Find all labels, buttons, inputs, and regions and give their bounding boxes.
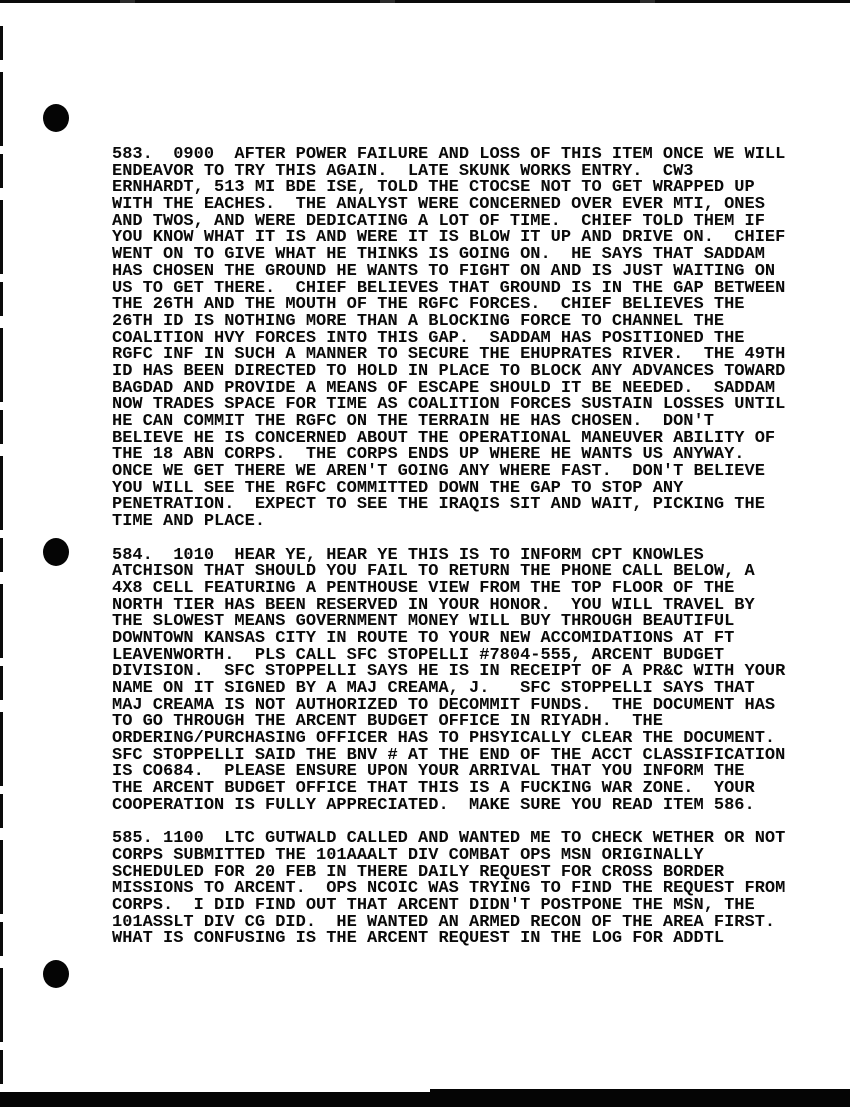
scanned-page: 583. 0900 AFTER POWER FAILURE AND LOSS O… — [0, 0, 850, 1107]
log-entry-584: 584. 1010 HEAR YE, HEAR YE THIS IS TO IN… — [112, 548, 802, 815]
log-entry-583: 583. 0900 AFTER POWER FAILURE AND LOSS O… — [112, 147, 802, 531]
scan-edge-bottom — [0, 1092, 850, 1107]
log-line: WHAT IS CONFUSING IS THE ARCENT REQUEST … — [112, 931, 802, 948]
log-line: HAS CHOSEN THE GROUND HE WANTS TO FIGHT … — [112, 264, 802, 281]
log-line: COOPERATION IS FULLY APPRECIATED. MAKE S… — [112, 798, 802, 815]
hole-punch-bottom — [43, 960, 69, 988]
scan-edge-top — [0, 0, 850, 3]
scan-edge-left — [0, 26, 3, 1094]
log-entry-585: 585. 1100 LTC GUTWALD CALLED AND WANTED … — [112, 831, 802, 948]
hole-punch-middle — [43, 538, 69, 566]
log-text-block: 583. 0900 AFTER POWER FAILURE AND LOSS O… — [112, 147, 802, 948]
log-line: TIME AND PLACE. — [112, 514, 802, 531]
hole-punch-top — [43, 104, 69, 132]
